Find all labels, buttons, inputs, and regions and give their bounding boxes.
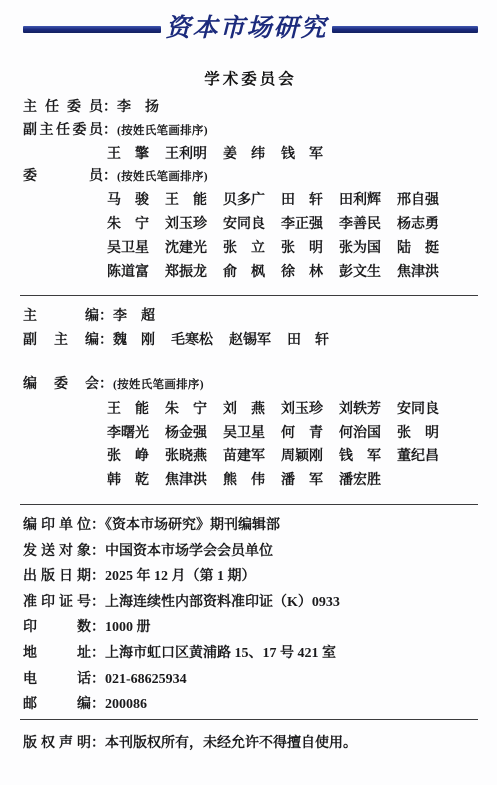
field-label: 邮编: [23, 692, 91, 718]
person-name: 吴卫星: [107, 237, 165, 261]
person-name: 彭文生: [339, 261, 397, 285]
field-label: 电话: [23, 667, 91, 693]
name-row: 马 骏王 能贝多广田 轩田利辉邢自强: [107, 189, 478, 213]
editorial-board-name-grid: 王 能朱 宁刘 燕刘玉珍刘轶芳安同良李曙光杨金强吴卫星何 青何治国张 明张 峥张…: [23, 398, 478, 493]
name-row: 李曙光杨金强吴卫星何 青何治国张 明: [107, 422, 478, 446]
vice-chairmen-row: 副主任委员：(按姓氏笔画排序): [23, 120, 478, 143]
name-row: 王 能朱 宁刘 燕刘玉珍刘轶芳安同良: [107, 398, 478, 422]
masthead-rule-right: [332, 26, 478, 33]
colon: ：: [103, 123, 117, 138]
person-name: 田 轩: [287, 329, 345, 353]
person-name: 焦津洪: [165, 469, 223, 493]
person-name: 陈道富: [107, 261, 165, 285]
colon: ：: [99, 309, 113, 324]
person-name: 张 峥: [107, 445, 165, 469]
field-label: 编印单位: [23, 513, 91, 539]
person-name: 李善民: [339, 213, 397, 237]
colon: ：: [91, 736, 105, 751]
person-name: 王 能: [107, 398, 165, 422]
deputy-editors-label: 副主编: [23, 329, 99, 353]
colon: ：: [99, 377, 113, 392]
name-row: 陈道富郑振龙俞 枫徐 林彭文生焦津洪: [107, 261, 478, 285]
colon: ：: [91, 620, 105, 635]
chairman-name: 李 扬: [117, 100, 159, 115]
copyright-row: 版权声明：本刊版权所有，未经允许不得擅自使用。: [23, 732, 478, 756]
person-name: 朱 宁: [165, 398, 223, 422]
person-name: 王 能: [165, 189, 223, 213]
person-name: 钱 军: [281, 143, 339, 167]
divider-rule: [20, 504, 478, 505]
field-value: 1000 册: [105, 620, 151, 635]
field-value: 2025 年 12 月（第 1 期）: [105, 569, 256, 584]
person-name: 李正强: [281, 213, 339, 237]
chief-editor-label: 主编: [23, 305, 99, 329]
chief-editor-row: 主编：李 超: [23, 305, 478, 329]
person-name: 李曙光: [107, 422, 165, 446]
divider-rule: [20, 719, 478, 720]
publication-row: 准印证号：上海连续性内部资料准印证（K）0933: [23, 590, 478, 616]
person-name: 杨金强: [165, 422, 223, 446]
name-row: 张 峥张晓燕苗建军周颖刚钱 军董纪昌: [107, 445, 478, 469]
colon: ：: [91, 646, 105, 661]
publication-row: 邮编：200086: [23, 692, 478, 718]
person-name: 张 明: [397, 422, 455, 446]
publication-row: 编印单位：《资本市场研究》期刊编辑部: [23, 513, 478, 539]
academic-committee-section: 主任委员：李 扬 副主任委员：(按姓氏笔画排序) 王 擎王利明姜 纬钱 军 委员…: [23, 97, 478, 284]
person-name: 马 骏: [107, 189, 165, 213]
editors-section: 主编：李 超 副主编：魏 刚毛寒松赵锡军田 轩: [23, 305, 478, 353]
person-name: 董纪昌: [397, 445, 455, 469]
field-label: 地址: [23, 641, 91, 667]
deputy-editors-names: 魏 刚毛寒松赵锡军田 轩: [113, 329, 345, 353]
chief-editor-name: 李 超: [113, 309, 155, 324]
person-name: 田利辉: [339, 189, 397, 213]
person-name: 贝多广: [223, 189, 281, 213]
vice-chairmen-label: 副主任委员: [23, 120, 103, 143]
colon: ：: [91, 697, 105, 712]
journal-colophon-page: 资本市场研究 学术委员会 主任委员：李 扬 副主任委员：(按姓氏笔画排序) 王 …: [0, 0, 497, 785]
vice-chairmen-names: 王 擎王利明姜 纬钱 军: [23, 143, 478, 167]
person-name: 张晓燕: [165, 445, 223, 469]
person-name: 邢自强: [397, 189, 455, 213]
name-row: 韩 乾焦津洪熊 伟潘 军潘宏胜: [107, 469, 478, 493]
person-name: 钱 军: [339, 445, 397, 469]
publication-row: 出版日期：2025 年 12 月（第 1 期）: [23, 564, 478, 590]
person-name: 朱 宁: [107, 213, 165, 237]
sort-note: (按姓氏笔画排序): [117, 125, 208, 137]
colon: ：: [91, 544, 105, 559]
colon: ：: [103, 100, 117, 115]
person-name: 焦津洪: [397, 261, 455, 285]
publication-info-section: 编印单位：《资本市场研究》期刊编辑部 发送对象：中国资本市场学会会员单位 出版日…: [23, 513, 478, 718]
person-name: 王利明: [165, 143, 223, 167]
person-name: 刘玉珍: [165, 213, 223, 237]
sort-note: (按姓氏笔画排序): [117, 171, 208, 183]
field-value: 《资本市场研究》期刊编辑部: [105, 518, 280, 533]
person-name: 韩 乾: [107, 469, 165, 493]
person-name: 陆 挺: [397, 237, 455, 261]
person-name: 田 轩: [281, 189, 339, 213]
person-name: 魏 刚: [113, 329, 171, 353]
person-name: 刘 燕: [223, 398, 281, 422]
field-label: 出版日期: [23, 564, 91, 590]
copyright-text: 本刊版权所有，未经允许不得擅自使用。: [105, 736, 357, 751]
field-label: 印数: [23, 615, 91, 641]
person-name: 俞 枫: [223, 261, 281, 285]
person-name: 何治国: [339, 422, 397, 446]
field-value: 200086: [105, 697, 147, 712]
person-name: 苗建军: [223, 445, 281, 469]
members-name-grid: 马 骏王 能贝多广田 轩田利辉邢自强朱 宁刘玉珍安同良李正强李善民杨志勇吴卫星沈…: [23, 189, 478, 284]
person-name: 郑振龙: [165, 261, 223, 285]
field-label: 发送对象: [23, 539, 91, 565]
masthead: 资本市场研究: [23, 13, 478, 45]
person-name: 张 立: [223, 237, 281, 261]
members-row: 委员：(按姓氏笔画排序): [23, 166, 478, 189]
person-name: 安同良: [397, 398, 455, 422]
name-row: 吴卫星沈建光张 立张 明张为国陆 挺: [107, 237, 478, 261]
person-name: 毛寒松: [171, 329, 229, 353]
masthead-rule-left: [23, 26, 161, 33]
sort-note: (按姓氏笔画排序): [113, 379, 204, 391]
editorial-board-row: 编委会：(按姓氏笔画排序): [23, 373, 478, 398]
colon: ：: [91, 672, 105, 687]
field-label: 准印证号: [23, 590, 91, 616]
person-name: 潘宏胜: [339, 469, 397, 493]
publication-row: 电话：021-68625934: [23, 667, 478, 693]
person-name: 姜 纬: [223, 143, 281, 167]
person-name: 安同良: [223, 213, 281, 237]
person-name: 刘玉珍: [281, 398, 339, 422]
person-name: 周颖刚: [281, 445, 339, 469]
person-name: 何 青: [281, 422, 339, 446]
publication-row: 地址：上海市虹口区黄浦路 15、17 号 421 室: [23, 641, 478, 667]
colon: ：: [103, 169, 117, 184]
person-name: 徐 林: [281, 261, 339, 285]
colon: ：: [91, 595, 105, 610]
publication-row: 发送对象：中国资本市场学会会员单位: [23, 539, 478, 565]
deputy-editors-row: 副主编：魏 刚毛寒松赵锡军田 轩: [23, 329, 478, 353]
person-name: 潘 军: [281, 469, 339, 493]
colon: ：: [99, 333, 113, 348]
person-name: 张 明: [281, 237, 339, 261]
editorial-board-section: 编委会：(按姓氏笔画排序) 王 能朱 宁刘 燕刘玉珍刘轶芳安同良李曙光杨金强吴卫…: [23, 373, 478, 493]
field-value: 上海市虹口区黄浦路 15、17 号 421 室: [105, 646, 336, 661]
person-name: 赵锡军: [229, 329, 287, 353]
field-value: 中国资本市场学会会员单位: [105, 544, 273, 559]
divider-rule: [20, 295, 478, 296]
chairman-row: 主任委员：李 扬: [23, 97, 478, 120]
colon: ：: [91, 569, 105, 584]
copyright-label: 版权声明: [23, 732, 91, 756]
person-name: 张为国: [339, 237, 397, 261]
name-row: 朱 宁刘玉珍安同良李正强李善民杨志勇: [107, 213, 478, 237]
colon: ：: [91, 518, 105, 533]
editorial-board-label: 编委会: [23, 373, 99, 397]
person-name: 杨志勇: [397, 213, 455, 237]
person-name: 吴卫星: [223, 422, 281, 446]
field-value: 上海连续性内部资料准印证（K）0933: [105, 595, 340, 610]
committee-heading: 学术委员会: [23, 71, 478, 89]
name-row: 王 擎王利明姜 纬钱 军: [107, 143, 478, 167]
person-name: 刘轶芳: [339, 398, 397, 422]
publication-row: 印数：1000 册: [23, 615, 478, 641]
person-name: 王 擎: [107, 143, 165, 167]
chairman-label: 主任委员: [23, 97, 103, 120]
field-value: 021-68625934: [105, 672, 187, 687]
members-label: 委员: [23, 166, 103, 189]
person-name: 沈建光: [165, 237, 223, 261]
journal-title: 资本市场研究: [161, 13, 332, 45]
person-name: 熊 伟: [223, 469, 281, 493]
